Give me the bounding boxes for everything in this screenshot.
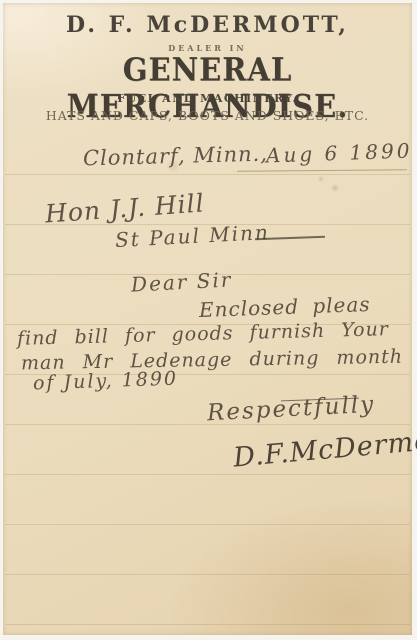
letterhead-subtitle-fuel-machinery: FUEL AND MACHINERY. [3,92,412,105]
dateline-place: Clontarf, Minn., [83,142,269,171]
letter-scan: D. F. McDERMOTT, DEALER IN GENERAL MERCH… [3,3,412,635]
letterhead-proprietor-name: D. F. McDERMOTT, [3,12,412,38]
dateline-underline [237,169,407,171]
letterhead-subtitle-hats-boots: HATS AND CAPS, BOOTS AND SHOES, ETC. [3,108,412,123]
dateline-date-handwritten: Aug 6 1890 [266,138,413,167]
